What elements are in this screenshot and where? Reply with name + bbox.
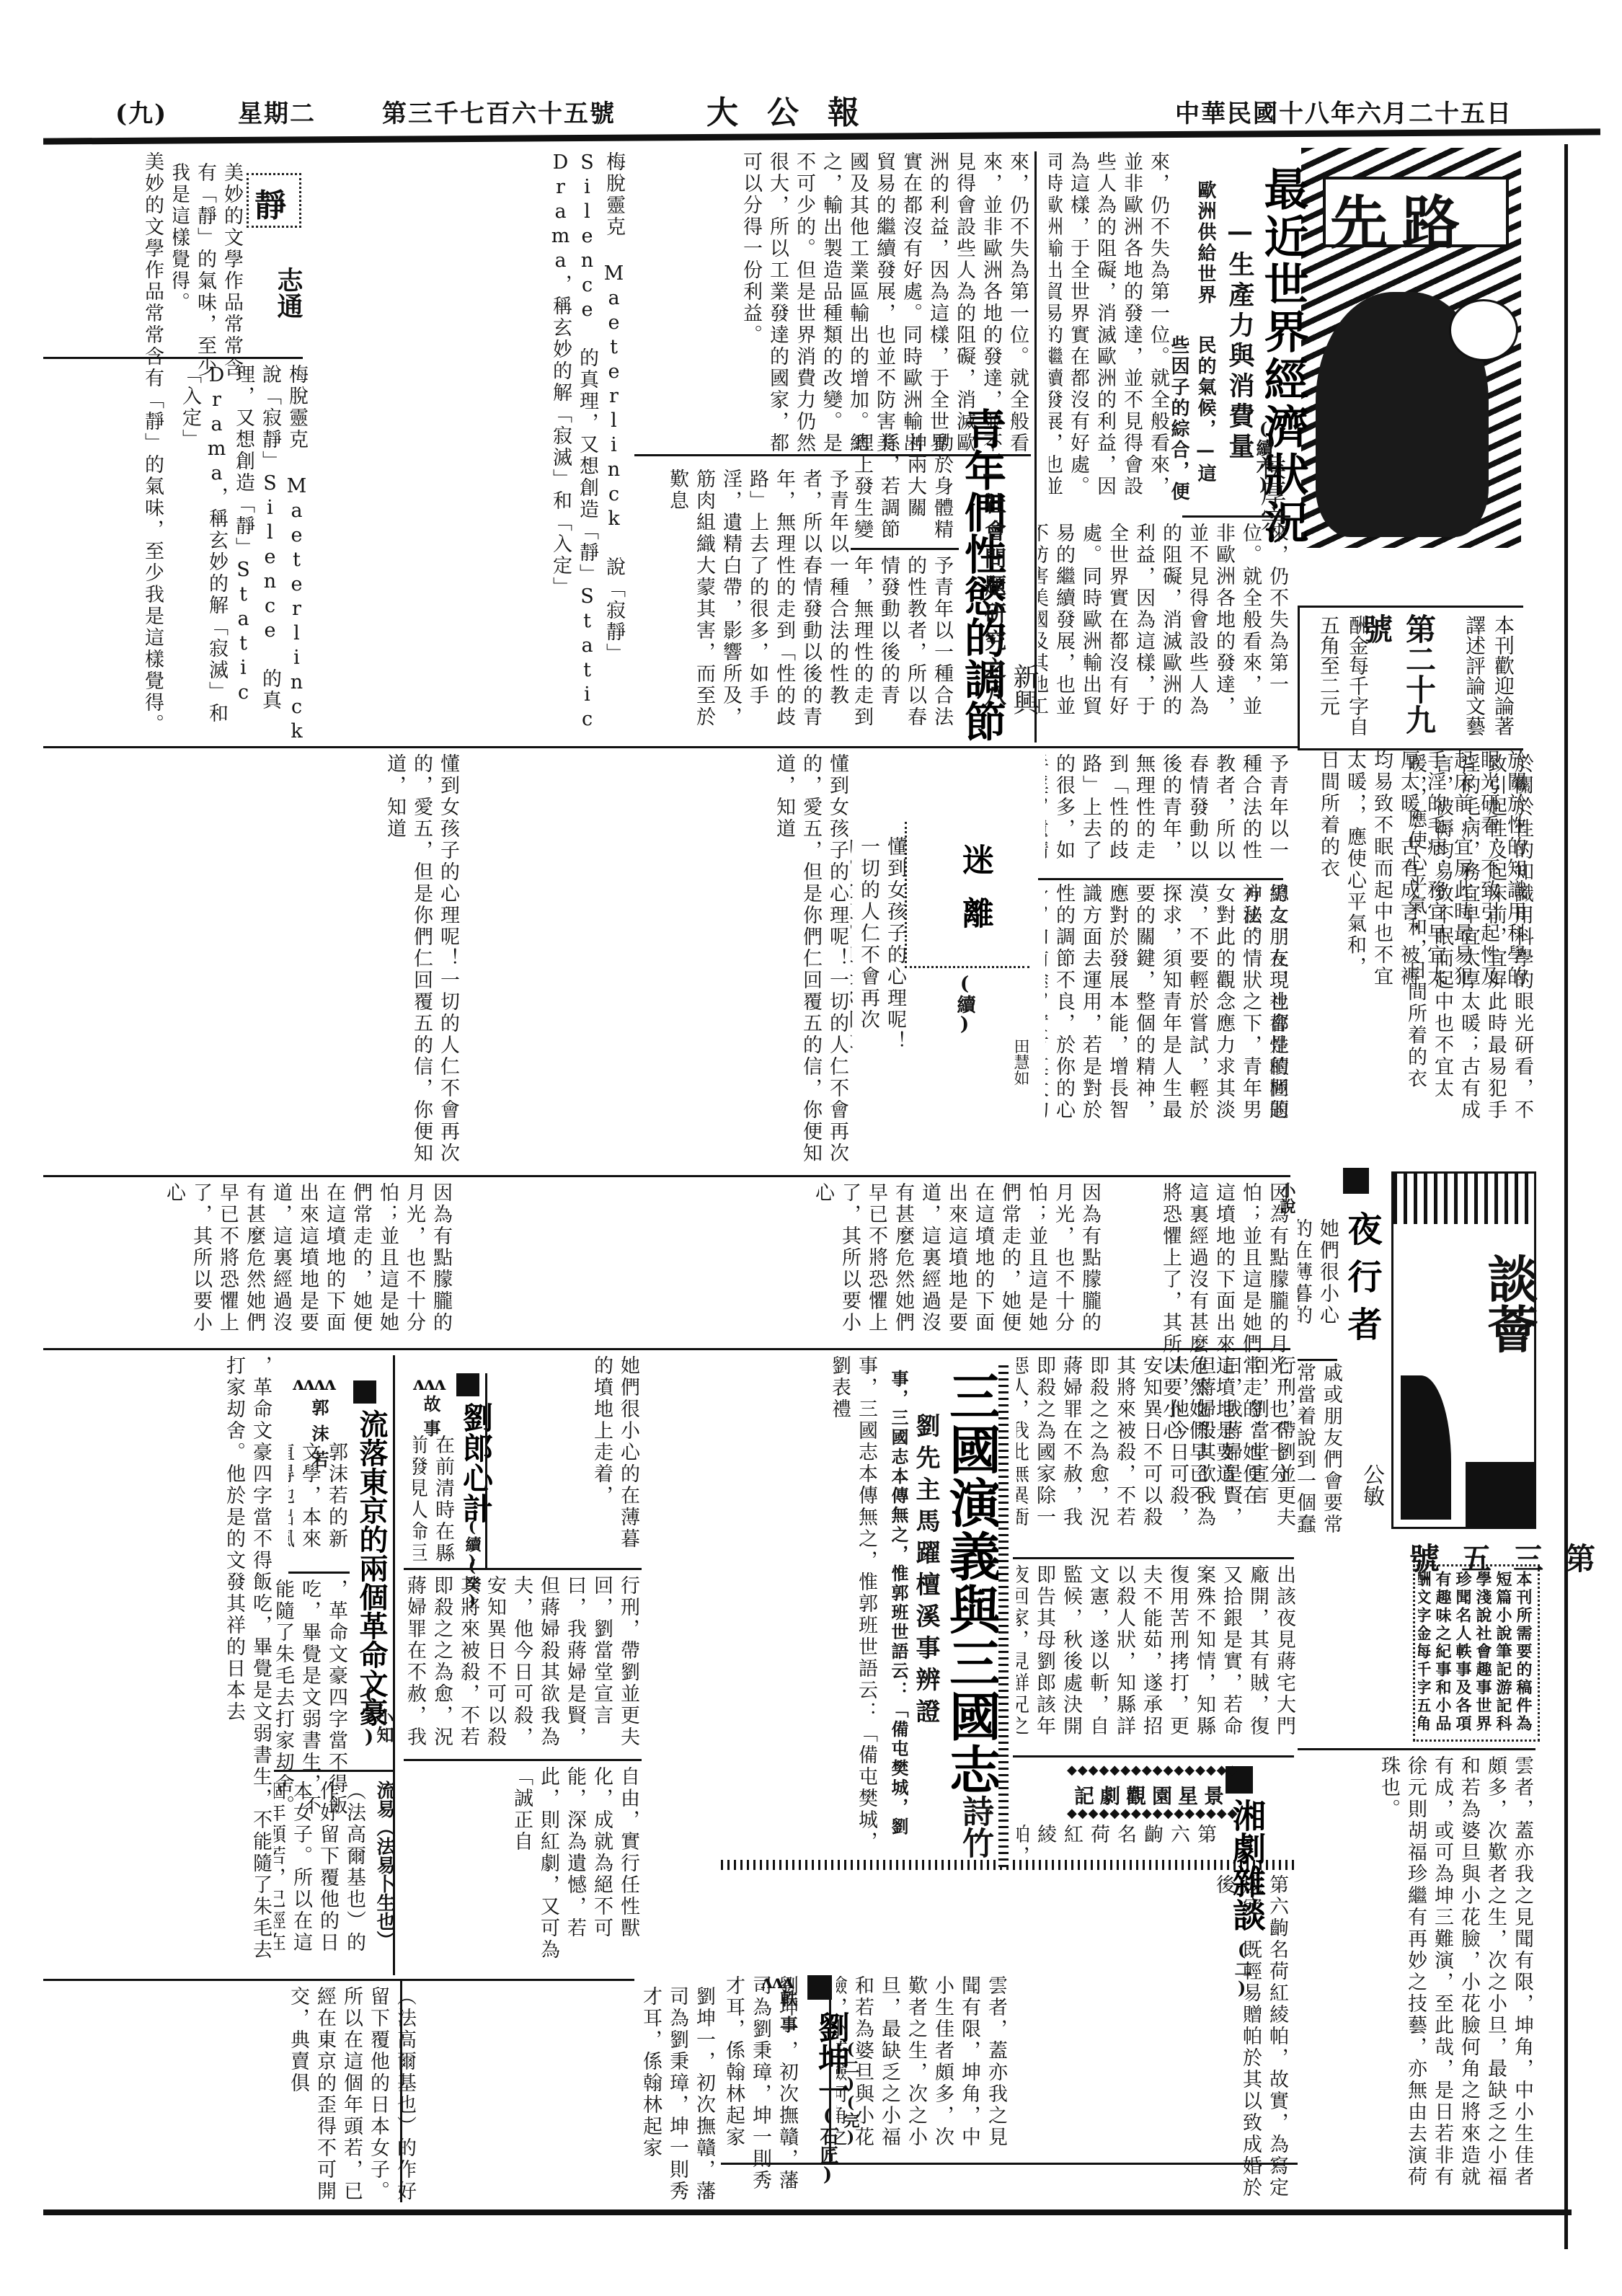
- trial-body: 行刑，帶劉並更夫回，劉當堂宣言曰，我蔣婦是賢，但蔣婦殺其欲我為夫，他今日可殺，安…: [1016, 1355, 1298, 1535]
- three-kingdoms-body: 事，三國志本傳無之，惟郭班世語云：「備屯樊城，劉表禮: [887, 1370, 912, 1838]
- three-kingdoms-body-2: 事，三國志本傳無之，惟郭班世語云：「備屯樊城，劉表禮: [649, 1355, 879, 1853]
- tokyo-body: 郭沫若的新文學，本來值得他出風頭，他在創造社的時: [288, 1442, 350, 1564]
- pioneer-banner-title: 先路: [1330, 177, 1474, 260]
- quiet-title: 靜: [254, 179, 286, 226]
- economy-subtitle: —生產力與消費量: [1222, 216, 1259, 463]
- youth-subtitle: —社會問題研究之八: [977, 461, 1009, 712]
- three-kingdoms-title: 三國演義與三國志: [934, 1370, 1009, 1796]
- trial-verdict: 出該夜見蔣宅大門廠開，其有賊，復又拾銀是實，若命案殊不知情，知縣復用苦刑拷打，更…: [1016, 1564, 1298, 1752]
- xiang-opera-body-2: 雲者，蓋亦我之見聞有限，坤角，中小生佳者頗多，次歎者之生，次之小旦，最缺乏之小福…: [1298, 1755, 1535, 2202]
- quiet-body-4: 梅脫靈克 Maeterlinck 說「寂靜」Silence 的真理，又想創造「靜…: [310, 151, 627, 743]
- xiang-opera-body-3: 第六齣名荷紅綾帕，故實，為寫定成定，既輕易贈帕於其以致成婚於後: [1016, 1874, 1290, 2199]
- night-end: 她們很小心的在薄暮的墳地上走着，: [490, 1355, 642, 1557]
- quiet-title-box: 靜: [247, 173, 301, 228]
- cross-border-bottom: [721, 1860, 1298, 1870]
- talk-illustration: 談薈: [1391, 1171, 1536, 1529]
- talk-notice: 本刊所需要的稿件為短篇小說筆記游記科學淺說社會趣事世界珍聞名人軼事及各項有趣味之…: [1418, 1571, 1533, 1737]
- economy-body-prev: 來，仍不失為第一位。就全般看來，並非歐洲各地的發達，並不見得會設些人為的阻礙，消…: [1049, 151, 1171, 512]
- night-title: 夜行者: [1337, 1211, 1387, 1354]
- economy-body: 來，仍不失為第一位。就全般看來，並非歐洲各地的發達，並不見得會設些人為的阻礙，消…: [1038, 523, 1290, 732]
- liu-lang-body-3: 自由，實行任性獸化，成就為絕不可能，深為遺憾，若此，則紅劇，又可為「誠正自: [404, 1766, 642, 1961]
- theater-header: 景星園觀劇記: [1074, 1781, 1230, 1809]
- date: 中華民國十八年六月二十五日: [1175, 94, 1512, 123]
- lost-body: 懂到女孩子的心理呢！一切的人仁不會再次的，愛五，但是你們仁回覆五的信，你便知道，…: [851, 836, 908, 1052]
- youth-conclusion-2: 男女朋友，也都是積極的方法。: [1240, 883, 1290, 1121]
- essay-badge-icon: [353, 1380, 376, 1404]
- tokyo-title: 流落東京的兩個革命文豪: [351, 1409, 392, 1727]
- quiet-body-2: 梅脫靈克 Maeterlinck 說「寂靜」Silence 的真理，又想創造「靜…: [166, 364, 310, 746]
- youth-body-2: 予青年以一種合法的性教者，所以春情發動以後的青年，無理性的走到「性的歧路」上去了…: [854, 555, 955, 743]
- youth-body-1: 動於身體精神兩大關係，若調節理上發生變態，衰弱，其結果可消，一事無成，或神經錯亂: [854, 433, 955, 541]
- pioneer-illustration: 先路: [1301, 148, 1521, 548]
- novel-badge-icon: [1343, 1168, 1369, 1194]
- night-body-cont-2: 因為有點朦朧的月光，也不十分怕；並且這是她們常走的，她便在這墳地的下面出來這墳地…: [43, 1182, 454, 1348]
- weekday: 星期二: [238, 94, 316, 123]
- youth-body-cont: 予青年以一種合法的性教者，所以春情發動以後的青年，無理性的走到「性的歧路」上去了…: [1045, 753, 1290, 872]
- lost-author: 田慧如: [1009, 1038, 1032, 1086]
- three-kingdoms-subtitle: 劉先主馬躍檀溪事辨證: [908, 1413, 944, 1730]
- night-body-3: 戚或朋友們會要常常當着說到一個蠢人到山中遇鬼: [1298, 1362, 1344, 1543]
- talk-banner-title: 談薈: [1473, 1253, 1546, 1354]
- tokyo-body-3: （法高爾基也）的作好留下覆他的日本女子。所以在這個年頭若，已經在東京的歪得不可開…: [274, 1781, 368, 1954]
- tokyo-subject-2: 流易（法易卜生也）: [371, 1781, 398, 1949]
- story-badge-icon: [456, 1373, 479, 1396]
- health-column-cont: 於關於性的知識用科學的眼光研看，不致引起性及起床前，宜屏此時最易犯手淫的毛病，務…: [1298, 753, 1535, 1135]
- economy-lead: 民的氣候，—這些因子的綜合，便形成他「唯我獨有」: [1168, 335, 1218, 505]
- newspaper-name: 大公報: [706, 87, 888, 115]
- lost-installment: (續): [952, 973, 978, 1035]
- talk-notice-box: 本刊所需要的稿件為短篇小說筆記游記科學淺說社會趣事世界珍聞名人軼事及各項有趣味之…: [1413, 1564, 1540, 1742]
- economy-section-head: 歐洲供給世界生產品的能力: [1189, 180, 1218, 324]
- anecdote-badge-icon: [807, 1975, 832, 2000]
- liu-lang-body: 在前清時在縣前發見人命巨案，如限期不能破案，知縣當受革職: [413, 1435, 456, 1564]
- kunyi-body-2: 劉坤一，初次撫贛，藩司為劉秉璋，坤一則秀才耳，係翰林起家: [407, 1986, 717, 2202]
- cross-border-left: [998, 1362, 1009, 1867]
- youth-body-3: 予青年以一種合法的性教者，所以春情發動以後的青年，無理性的走到「性的歧路」上去了…: [634, 469, 851, 743]
- night-body-cont: 因為有點朦朧的月光，也不十分怕；並且這是她們常走的，她便在這墳地的下面出來這墳地…: [461, 1182, 1103, 1348]
- right-border: [1564, 144, 1568, 2249]
- economy-author: 侯厚宗: [1253, 454, 1290, 532]
- tokyo-author: 小知: [371, 1708, 396, 1743]
- tokyo-body-5: （法高爾基也）的作好留下覆他的日本女子。所以在這個年頭若，已經在東京的歪得不可開…: [43, 1986, 418, 2202]
- liu-lang-body-2: 行刑，帶劉並更夫回，劉當堂宣言曰，我蔣婦是賢，但蔣婦殺其欲我為夫，他今日可殺，安…: [404, 1575, 642, 1748]
- quiet-author: 志通: [270, 267, 307, 319]
- issue-number: 第三千七百六十五號: [382, 94, 616, 123]
- bottom-rule: [43, 2209, 1572, 2215]
- kunyi-body: 劉坤一，初次撫贛，藩司為劉秉璋，坤一則秀才耳，係翰林起家: [721, 1975, 800, 2191]
- xiang-opera-body: 第六齣名荷紅綾帕，故實，為寫定成定，既輕易贈帕於其以致成婚於後: [1016, 1824, 1218, 1860]
- lost-body-cont: 懂到女孩子的心理呢！一切的人仁不會再次的，愛五，但是你們仁回覆五的信，你便知道，…: [461, 753, 851, 1171]
- youth-author: 新興: [1006, 663, 1042, 715]
- pioneer-notice-box: 本刊歡迎論著 譯述評論文藝 第二十九號 酬金每千字自 五角至二元: [1298, 606, 1523, 750]
- quiet-body: 美妙的文學作品常常含有「靜」的氣味，至少我是這樣覺得。: [173, 162, 245, 378]
- night-author: 公敏: [1355, 1463, 1387, 1507]
- quiet-body-3: 美妙的文學作品常常含有「靜」的氣味，至少我是這樣覺得。: [43, 151, 166, 743]
- lost-title: 迷離: [952, 843, 998, 950]
- kunyi-end-mark: (二)(完): [840, 2040, 862, 2147]
- figure-icon: [1401, 1375, 1451, 1520]
- page-number: (九): [115, 94, 167, 123]
- kunyi-side-body: 雲者，蓋亦我之見聞有限，坤角，中小生佳者頗多，次歎者之生，次之小旦，最缺乏之小福…: [836, 1975, 1009, 2163]
- tokyo-body-4: ，革命文豪四字當不得飯吃，畢覺是文弱書生，不能隨了朱毛去打家刧舍。他於是的文發其…: [43, 1355, 274, 1961]
- night-body-1: 她們很小心的在薄暮的墳地上走着，: [1298, 1218, 1341, 1341]
- cloud-icon: [1449, 299, 1518, 361]
- three-kingdoms-author: 詩竹: [952, 1795, 998, 1858]
- lost-body-cont-2: 懂到女孩子的心理呢！一切的人仁不會再次的，愛五，但是你們仁回覆五的信，你便知道，…: [43, 753, 461, 1171]
